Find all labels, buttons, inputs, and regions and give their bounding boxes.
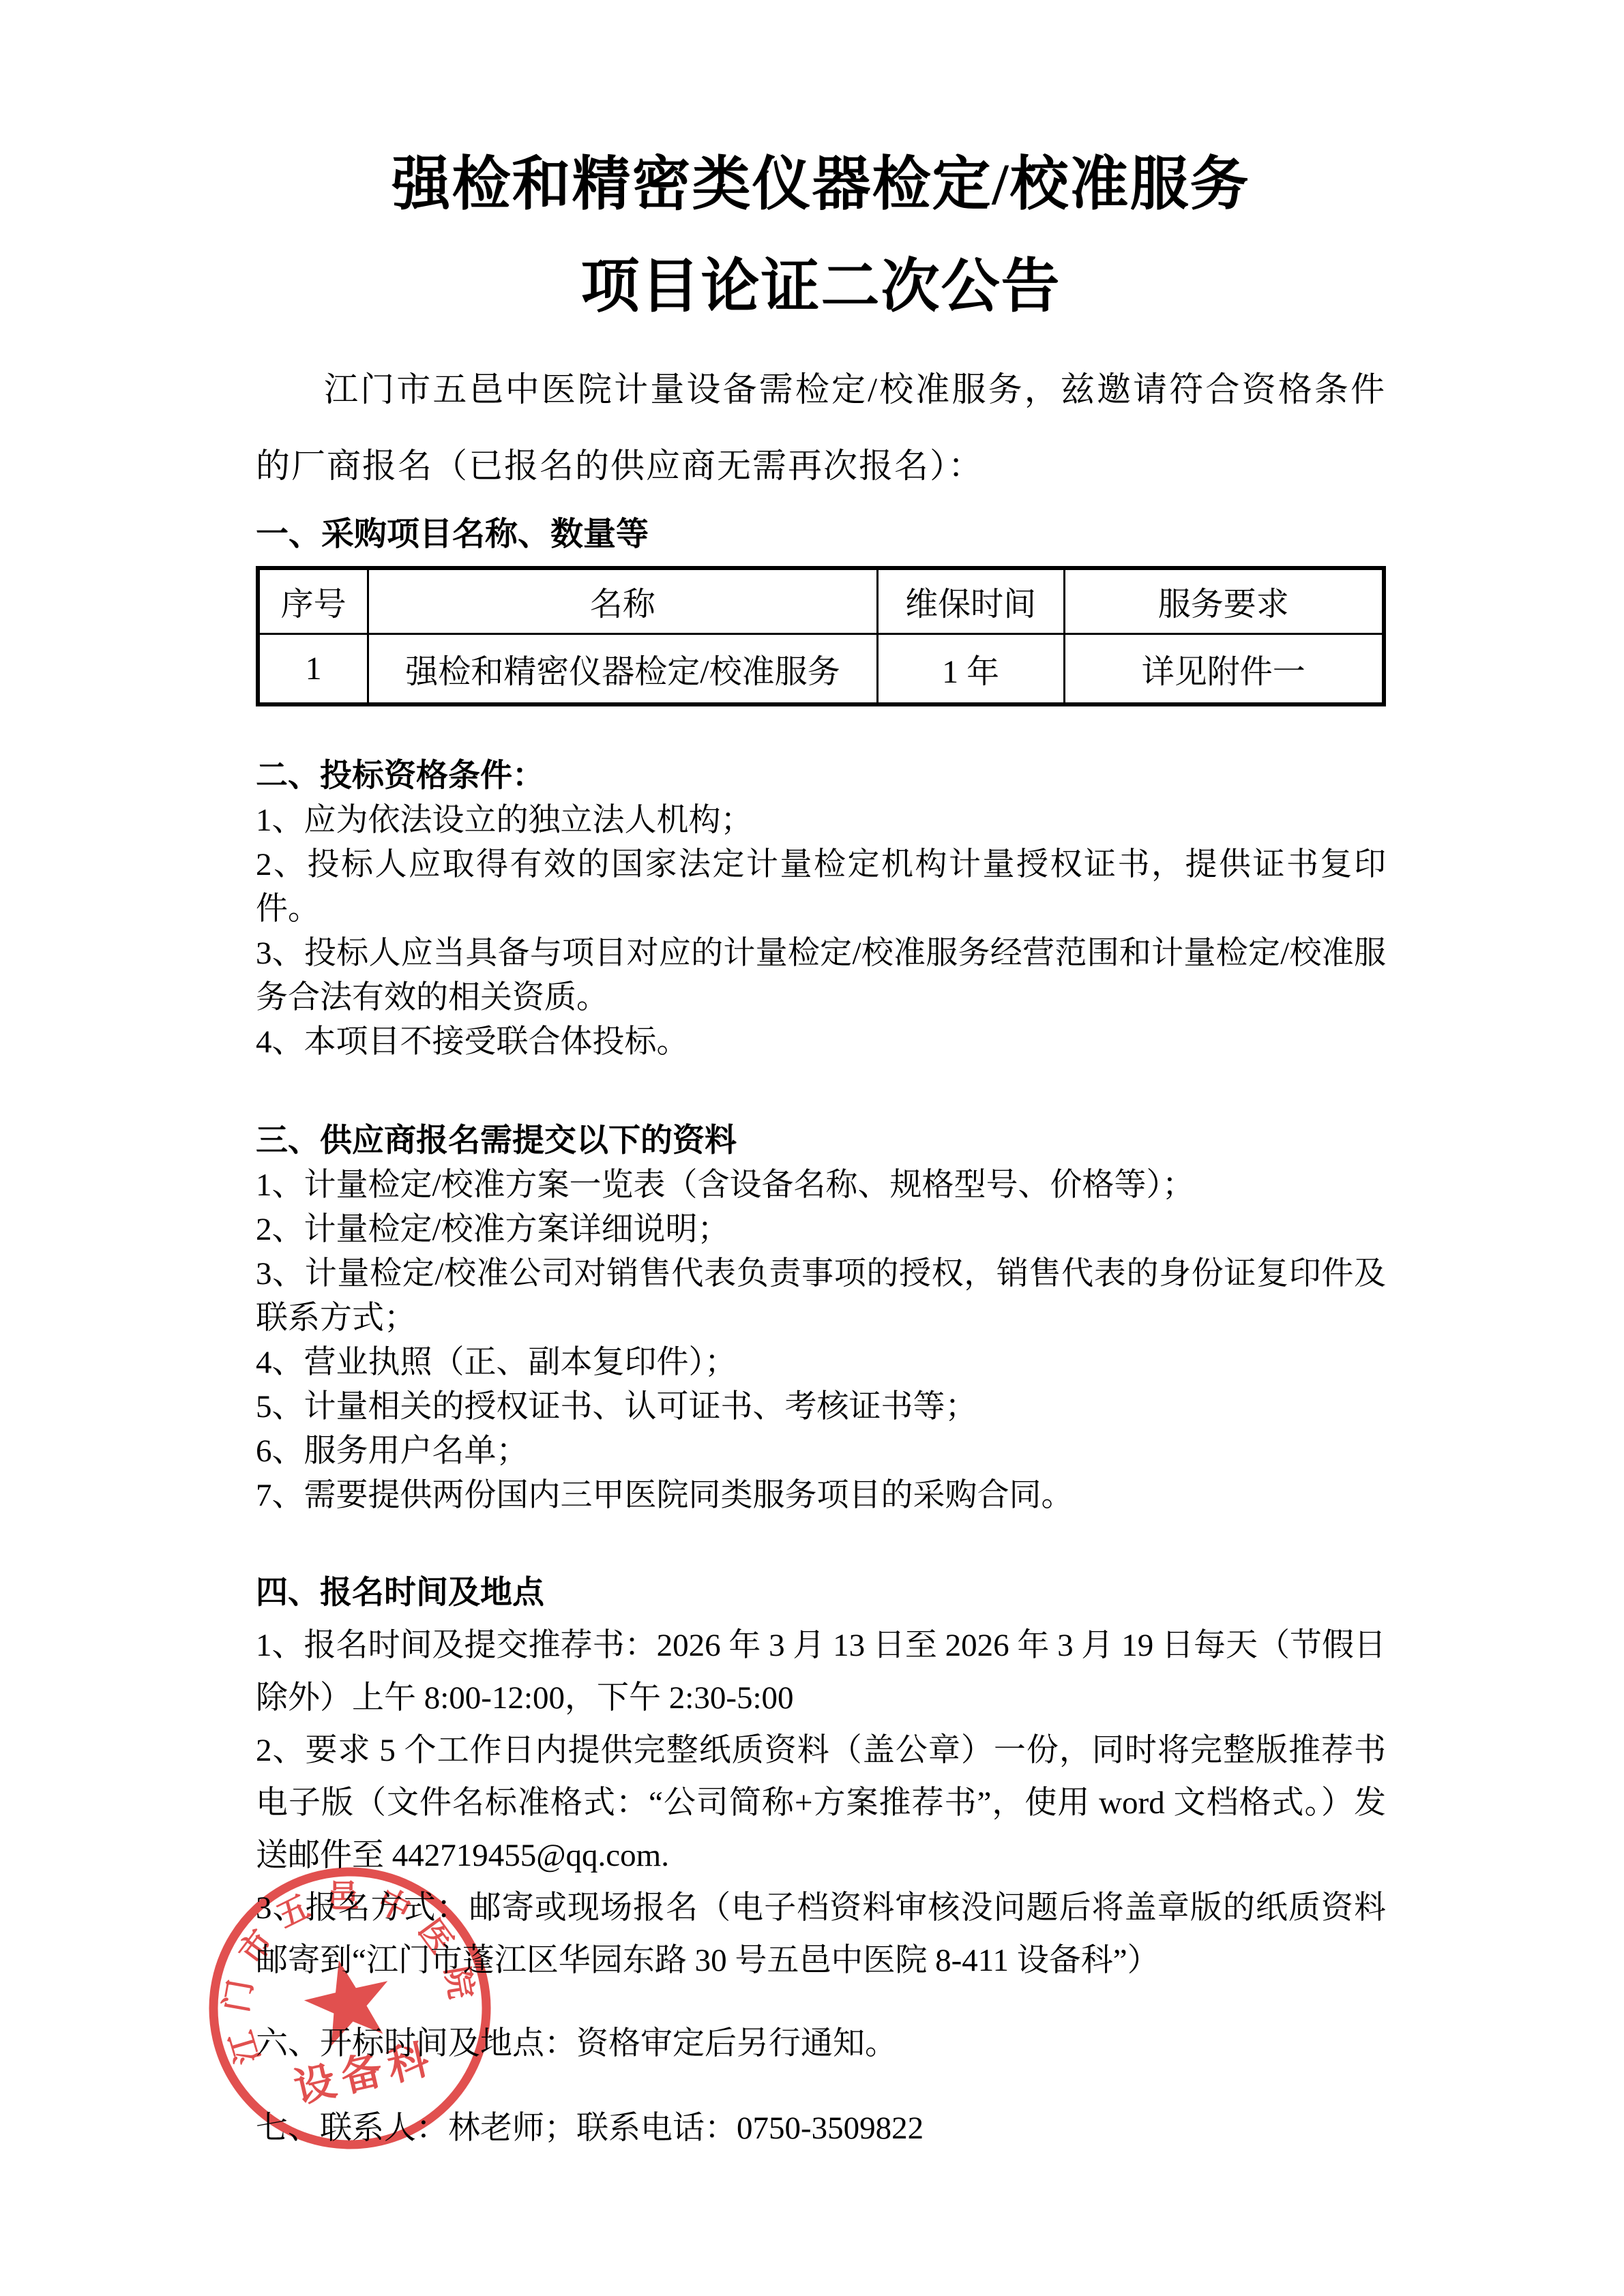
intro-paragraph: 江门市五邑中医院计量设备需检定/校准服务，兹邀请符合资格条件的厂商报名（已报名的…: [256, 351, 1386, 504]
list-item: 1、应为依法设立的独立法人机构；: [256, 799, 1386, 843]
list-item: 3、报名方式：邮寄或现场报名（电子档资料审核没问题后将盖章版的纸质资料邮寄到“江…: [256, 1882, 1386, 1987]
list-item: 6、服务用户名单；: [256, 1429, 1386, 1474]
section-6-line: 六、开标时间及地点：资格审定后另行通知。: [256, 2018, 1386, 2070]
procurement-table: 序号 名称 维保时间 服务要求 1 强检和精密仪器检定/校准服务 1 年 详见附…: [256, 566, 1386, 706]
section-4-heading: 四、报名时间及地点: [256, 1567, 1386, 1620]
cell-index: 1: [258, 633, 368, 704]
table-header-service-requirement: 服务要求: [1064, 568, 1384, 633]
table-row: 1 强检和精密仪器检定/校准服务 1 年 详见附件一: [258, 633, 1384, 704]
list-item: 4、本项目不接受联合体投标。: [256, 1020, 1386, 1064]
list-item: 1、计量检定/校准方案一览表（含设备名称、规格型号、价格等）；: [256, 1163, 1386, 1208]
title-line-2: 项目论证二次公告: [256, 235, 1386, 338]
cell-name: 强检和精密仪器检定/校准服务: [368, 633, 877, 704]
section-2-heading: 二、投标资格条件：: [256, 754, 1386, 799]
list-item: 3、计量检定/校准公司对销售代表负责事项的授权，销售代表的身份证复印件及联系方式…: [256, 1252, 1386, 1341]
title-line-1: 强检和精密类仪器检定/校准服务: [256, 133, 1386, 235]
section-7-contact-line: 七、联系人：林老师；联系电话：0750-3509822: [256, 2102, 1386, 2155]
table-header-index: 序号: [258, 568, 368, 633]
list-item: 1、报名时间及提交推荐书：2026 年 3 月 13 日至 2026 年 3 月…: [256, 1620, 1386, 1725]
cell-maintenance-period: 1 年: [877, 633, 1064, 704]
list-item: 2、要求 5 个工作日内提供完整纸质资料（盖公章）一份，同时将完整版推荐书电子版…: [256, 1725, 1386, 1882]
table-header-row: 序号 名称 维保时间 服务要求: [258, 568, 1384, 633]
document-content: 强检和精密类仪器检定/校准服务 项目论证二次公告 江门市五邑中医院计量设备需检定…: [256, 0, 1386, 2187]
section-1-heading: 一、采购项目名称、数量等: [256, 512, 1386, 556]
list-item: 7、需要提供两份国内三甲医院同类服务项目的采购合同。: [256, 1474, 1386, 1518]
list-item: 5、计量相关的授权证书、认可证书、考核证书等；: [256, 1385, 1386, 1429]
table-header-maintenance-period: 维保时间: [877, 568, 1064, 633]
document-title: 强检和精密类仪器检定/校准服务 项目论证二次公告: [256, 133, 1386, 338]
section-2: 二、投标资格条件： 1、应为依法设立的独立法人机构； 2、投标人应取得有效的国家…: [256, 754, 1386, 1064]
list-item: 2、计量检定/校准方案详细说明；: [256, 1208, 1386, 1252]
section-4: 四、报名时间及地点 1、报名时间及提交推荐书：2026 年 3 月 13 日至 …: [256, 1567, 1386, 1987]
list-item: 2、投标人应取得有效的国家法定计量检定机构计量授权证书，提供证书复印件。: [256, 843, 1386, 931]
list-item: 3、投标人应当具备与项目对应的计量检定/校准服务经营范围和计量检定/校准服务合法…: [256, 931, 1386, 1020]
section-3-heading: 三、供应商报名需提交以下的资料: [256, 1119, 1386, 1163]
cell-service-requirement: 详见附件一: [1064, 633, 1384, 704]
section-3: 三、供应商报名需提交以下的资料 1、计量检定/校准方案一览表（含设备名称、规格型…: [256, 1119, 1386, 1518]
list-item: 4、营业执照（正、副本复印件）；: [256, 1341, 1386, 1385]
document-page: 强检和精密类仪器检定/校准服务 项目论证二次公告 江门市五邑中医院计量设备需检定…: [0, 0, 1624, 2296]
table-header-name: 名称: [368, 568, 877, 633]
